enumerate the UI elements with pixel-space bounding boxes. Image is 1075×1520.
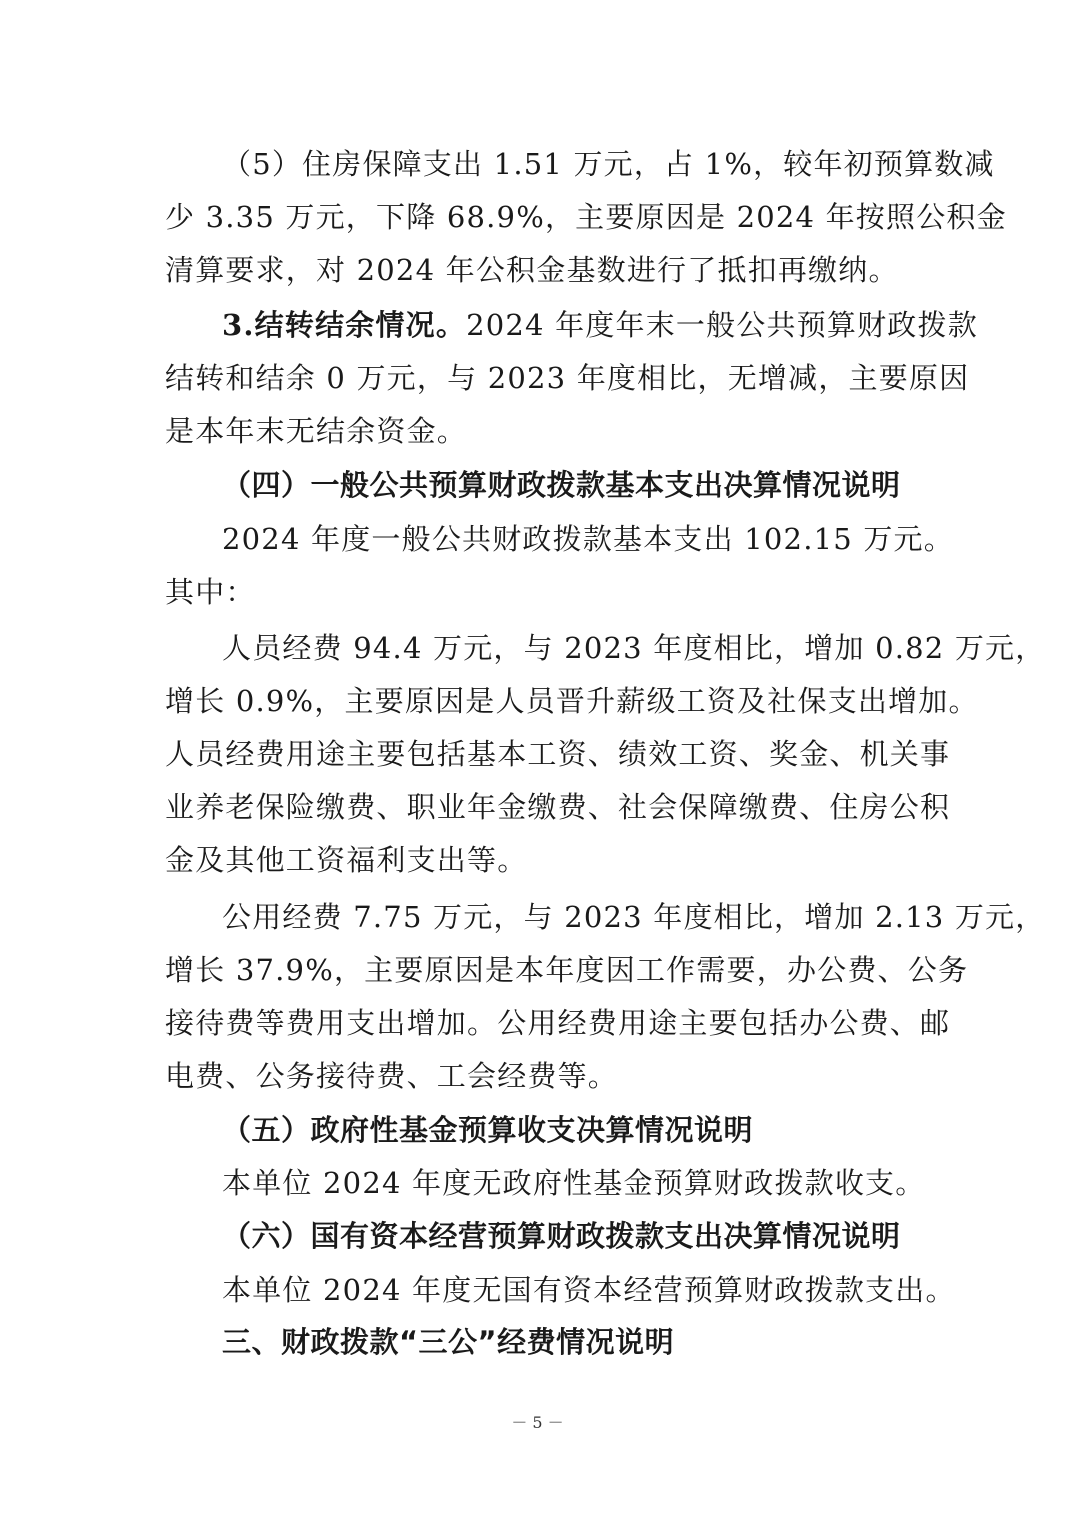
section-three-heading: 三、财政拨款“三公”经费情况说明 xyxy=(222,1322,972,1362)
paragraph-housing-line-3: 清算要求，对 2024 年公积金基数进行了抵扣再缴纳。 xyxy=(165,250,915,290)
section4-intro-line-1: 2024 年度一般公共财政拨款基本支出 102.15 万元。 xyxy=(222,519,972,559)
paragraph-carryover-line-1: 3.结转结余情况。 2024 年度年末一般公共预算财政拨款 xyxy=(222,305,915,345)
section4-intro-line-2: 其中： xyxy=(165,572,915,612)
personnel-line-5: 金及其他工资福利支出等。 xyxy=(165,840,915,880)
section-heading-4: （四）一般公共预算财政拨款基本支出决算情况说明 xyxy=(222,465,972,505)
public-line-4: 电费、公务接待费、工会经费等。 xyxy=(165,1056,915,1096)
paragraph-carryover-line-2: 结转和结余 0 万元，与 2023 年度相比，无增减，主要原因 xyxy=(165,358,915,398)
section5-body: 本单位 2024 年度无政府性基金预算财政拨款收支。 xyxy=(222,1163,972,1203)
paragraph-housing-line-1: （5）住房保障支出 1.51 万元，占 1%，较年初预算数减 xyxy=(222,144,915,184)
carryover-text: 2024 年度年末一般公共预算财政拨款 xyxy=(466,305,978,345)
page-number: － 5 － xyxy=(0,1410,1075,1433)
personnel-line-3: 人员经费用途主要包括基本工资、绩效工资、奖金、机关事 xyxy=(165,734,915,774)
public-line-1: 公用经费 7.75 万元，与 2023 年度相比，增加 2.13 万元， xyxy=(222,897,915,937)
document-page: （5）住房保障支出 1.51 万元，占 1%，较年初预算数减 少 3.35 万元… xyxy=(0,0,1075,1520)
paragraph-carryover-line-3: 是本年末无结余资金。 xyxy=(165,411,915,451)
public-line-2: 增长 37.9%，主要原因是本年度因工作需要，办公费、公务 xyxy=(165,950,915,990)
public-line-3: 接待费等费用支出增加。公用经费用途主要包括办公费、邮 xyxy=(165,1003,915,1043)
section-heading-6: （六）国有资本经营预算财政拨款支出决算情况说明 xyxy=(222,1216,972,1256)
personnel-line-1: 人员经费 94.4 万元，与 2023 年度相比，增加 0.82 万元， xyxy=(222,628,915,668)
section-heading-5: （五）政府性基金预算收支决算情况说明 xyxy=(222,1110,972,1150)
personnel-line-2: 增长 0.9%，主要原因是人员晋升薪级工资及社保支出增加。 xyxy=(165,681,915,721)
personnel-line-4: 业养老保险缴费、职业年金缴费、社会保障缴费、住房公积 xyxy=(165,787,915,827)
carryover-lead: 3.结转结余情况。 xyxy=(222,305,466,345)
paragraph-housing-line-2: 少 3.35 万元，下降 68.9%，主要原因是 2024 年按照公积金 xyxy=(165,197,915,237)
section6-body: 本单位 2024 年度无国有资本经营预算财政拨款支出。 xyxy=(222,1270,972,1310)
